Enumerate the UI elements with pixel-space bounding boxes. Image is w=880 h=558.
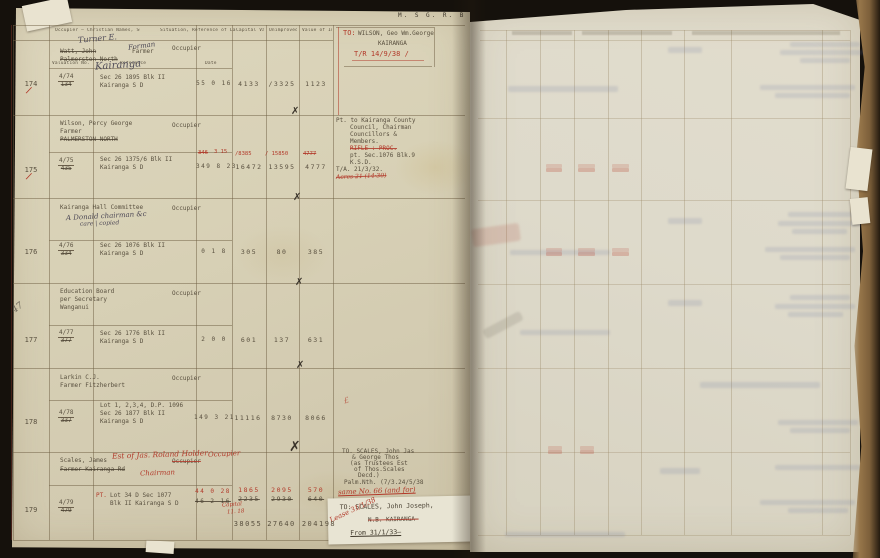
ghost-text bbox=[788, 312, 843, 317]
improvements-value: 631 bbox=[300, 336, 332, 344]
area-value: 349 8 23 bbox=[196, 163, 232, 171]
capital-value: 11116 bbox=[231, 414, 265, 422]
ghost-text bbox=[505, 532, 625, 537]
capital-value: 4133 bbox=[233, 80, 265, 88]
improvements-value: 8066 bbox=[300, 414, 332, 422]
occupation-label: Occupier bbox=[172, 122, 201, 130]
grid-line bbox=[49, 400, 232, 401]
pasted-slip: TO: SCALES, John Joseph, N.B. KAIRANGA— … bbox=[328, 495, 473, 544]
capital-value: 16472 bbox=[233, 163, 265, 171]
handwritten-red-correction: Chairman bbox=[140, 468, 175, 477]
column-header-unimproved: Unimproved Value bbox=[269, 28, 297, 33]
improvements-correction-red: 570 bbox=[300, 486, 332, 494]
occupier-name: Larkin C.J. bbox=[60, 374, 100, 382]
handwritten-note: care | copied bbox=[80, 219, 120, 228]
transfer-note-date: T/R 14/9/38 / bbox=[354, 50, 409, 58]
ghost-red-numbers bbox=[612, 252, 629, 256]
occupation-label: Occupier bbox=[172, 458, 201, 466]
ghost-text bbox=[512, 31, 572, 35]
grid-line-faint bbox=[574, 30, 575, 535]
improvements-value: 4777 bbox=[300, 163, 332, 171]
ghost-text bbox=[660, 468, 700, 474]
area-value: 149 3 21 bbox=[194, 414, 232, 422]
grid-line bbox=[13, 115, 465, 116]
property-description: Kairanga S D bbox=[100, 338, 143, 346]
improvements-value: 1123 bbox=[300, 80, 332, 88]
subheader-date: Date bbox=[205, 61, 229, 66]
column-header-situation: Situation, Reference of Land, Situation … bbox=[160, 28, 236, 33]
occupier-trade: Farmer Fitzherbert bbox=[60, 382, 125, 390]
grid-line bbox=[11, 25, 12, 540]
grid-line bbox=[13, 283, 465, 284]
capital-value: 601 bbox=[233, 336, 265, 344]
area-value: 55 0 16 bbox=[196, 80, 232, 88]
pen-x-mark: ✗ bbox=[289, 439, 301, 455]
ghost-text bbox=[582, 31, 672, 35]
ledger-photo: M. S G. R. B Occupier — Christian Names,… bbox=[0, 0, 880, 558]
ghost-text bbox=[780, 255, 850, 260]
pen-x-mark: ✗ bbox=[295, 277, 303, 288]
ghost-text bbox=[775, 93, 850, 98]
property-description-red: PT. bbox=[96, 492, 107, 500]
roll-number: 4/78 337 bbox=[58, 410, 74, 424]
property-description: Kairanga S D bbox=[100, 82, 143, 90]
grid-line-faint bbox=[540, 30, 541, 535]
occupation-label: Occupier bbox=[172, 375, 201, 383]
ghost-red-numbers bbox=[548, 450, 562, 454]
ghost-text bbox=[668, 47, 702, 53]
roll-number-old: 337 bbox=[61, 418, 72, 425]
occupier-trade: per Secretary bbox=[60, 296, 107, 304]
property-description: Kairanga S D bbox=[100, 250, 143, 258]
grid-line-faint bbox=[641, 30, 642, 535]
total-capital: 38055 bbox=[231, 520, 265, 528]
area-correction-red: 346 bbox=[198, 150, 208, 156]
roll-number-old: 134 bbox=[61, 82, 72, 89]
unimproved-correction-red: 2095 bbox=[266, 486, 298, 494]
row-number: 176 bbox=[18, 248, 44, 256]
property-description: Lot 34 D Sec 1077 bbox=[110, 492, 171, 500]
torn-paper-bottom bbox=[146, 540, 175, 554]
unimproved-correction-red: / 15850 bbox=[265, 151, 288, 157]
ghost-text bbox=[760, 500, 855, 505]
column-header-capital: Capital Value bbox=[236, 28, 264, 33]
grid-line-faint bbox=[478, 200, 850, 201]
handwritten-red-correction: Occupier bbox=[208, 449, 241, 459]
occupier-address: PALMERSTON NORTH bbox=[60, 136, 118, 144]
property-description: Sec 26 1877 Blk II bbox=[100, 410, 165, 418]
pen-x-mark: ✗ bbox=[296, 360, 304, 371]
ghost-text bbox=[668, 300, 702, 306]
ghost-red-numbers bbox=[546, 252, 562, 256]
capital-value: 305 bbox=[233, 248, 265, 256]
note-underline bbox=[344, 66, 432, 67]
grid-line-faint bbox=[608, 30, 609, 535]
occupation-label: Occupier bbox=[172, 290, 201, 298]
ghost-red-numbers bbox=[580, 450, 594, 454]
slip-note: From 31/1/33— bbox=[350, 528, 401, 537]
property-description: Sec 26 1076 Blk II bbox=[100, 242, 165, 250]
grid-line-faint bbox=[480, 40, 850, 41]
grid-line bbox=[13, 40, 333, 41]
property-description: Sec 26 1776 Blk II bbox=[100, 330, 165, 338]
occupation-label: Occupier bbox=[172, 45, 201, 53]
note-border bbox=[336, 27, 434, 28]
grid-line-faint bbox=[822, 30, 823, 535]
grid-line bbox=[49, 485, 232, 486]
improvements-value: 385 bbox=[300, 248, 332, 256]
note-border-red bbox=[338, 27, 339, 115]
grid-line-faint bbox=[850, 30, 851, 535]
ghost-text bbox=[765, 247, 855, 252]
area-value: 2 0 0 bbox=[196, 336, 232, 344]
occupier-trade: Farmer Kairanga Rd bbox=[60, 466, 125, 474]
grid-line-faint bbox=[478, 368, 850, 369]
roll-number-old: 435 bbox=[61, 166, 72, 173]
note-border bbox=[434, 27, 435, 67]
transfer-note: KAIRANGA bbox=[378, 40, 407, 48]
grid-line-faint bbox=[684, 30, 685, 535]
ghost-text bbox=[788, 212, 858, 217]
grid-line-faint bbox=[478, 452, 850, 453]
row-number: 179 bbox=[18, 506, 44, 514]
handwritten-red-note: 11. 18 bbox=[227, 508, 245, 515]
property-description: Kairanga S D bbox=[100, 164, 143, 172]
column-header-occupier: Occupier — Christian Names, Surname, Tra… bbox=[55, 28, 140, 33]
ghost-text bbox=[775, 465, 860, 470]
grid-line bbox=[13, 368, 465, 369]
ghost-text bbox=[790, 295, 850, 300]
occupier-name: Scales, James bbox=[60, 457, 107, 465]
unimproved-value: 2930 bbox=[266, 495, 298, 503]
ghost-text bbox=[508, 86, 618, 92]
roll-number: 4/75 435 bbox=[58, 158, 74, 172]
slip-note: N.B. KAIRANGA— bbox=[368, 516, 419, 525]
property-description: Sec 26 1375/6 Blk II bbox=[100, 156, 172, 164]
ghost-red-numbers bbox=[578, 252, 595, 256]
roll-number-old: 479 bbox=[61, 508, 72, 515]
grid-line-faint bbox=[506, 30, 507, 535]
occupation-label: Occupier bbox=[172, 205, 201, 213]
capital-correction-red: 1865 bbox=[233, 486, 265, 494]
torn-paper-bit bbox=[850, 197, 871, 225]
ghost-text bbox=[780, 50, 865, 55]
total-improvements: 204198 bbox=[298, 520, 340, 528]
occupier-name: Education Board bbox=[60, 288, 114, 296]
roll-number: 4/74 134 bbox=[58, 74, 74, 88]
grid-line bbox=[13, 198, 465, 199]
property-description: Lot 1, 2,3,4, D.P. 1096 bbox=[100, 402, 183, 410]
ghost-text bbox=[790, 428, 850, 433]
row-number: 178 bbox=[18, 418, 44, 426]
grid-line-faint bbox=[478, 284, 850, 285]
ghost-text bbox=[760, 85, 855, 90]
area-correction-red: 3 15 bbox=[214, 149, 227, 155]
ghost-red-numbers bbox=[546, 168, 562, 172]
property-description: Blk II Kairanga S D bbox=[110, 500, 179, 508]
roll-number: 4/77 377 bbox=[58, 330, 74, 344]
occupier-name: Watt, John bbox=[60, 48, 96, 56]
ghost-text bbox=[800, 58, 850, 63]
book-gutter-shadow bbox=[452, 0, 486, 558]
roll-number: 4/76 334 bbox=[58, 243, 74, 257]
ghost-red-numbers bbox=[578, 168, 595, 172]
ghost-text bbox=[700, 382, 820, 388]
ghost-text bbox=[668, 218, 702, 224]
ghost-text bbox=[792, 229, 847, 234]
area-correction-red: 44 0 28 bbox=[194, 488, 232, 496]
roll-number-old: 377 bbox=[61, 338, 72, 345]
column-header-improvements: Value of Improvements bbox=[302, 28, 332, 33]
total-unimproved: 27640 bbox=[265, 520, 298, 528]
occupier-address: Wanganui bbox=[60, 304, 89, 312]
area-value: 0 1 8 bbox=[196, 248, 232, 256]
pen-x-mark: ✗ bbox=[293, 192, 301, 203]
ghost-text bbox=[520, 330, 610, 335]
ghost-red-numbers bbox=[612, 168, 629, 172]
ghost-text bbox=[692, 31, 840, 35]
unimproved-value: /3325 bbox=[266, 80, 298, 88]
transfer-note: WILSON, Geo Wm.George bbox=[358, 30, 434, 38]
occupier-trade: Farmer bbox=[132, 48, 154, 56]
property-description: Sec 26 1895 Blk II bbox=[100, 74, 165, 82]
unimproved-value: 80 bbox=[266, 248, 298, 256]
unimproved-value: 8730 bbox=[266, 414, 298, 422]
ghost-text bbox=[778, 420, 858, 425]
occupier-name: Wilson, Percy George bbox=[60, 120, 132, 128]
property-description: Kairanga S D bbox=[100, 418, 143, 426]
grid-line-faint bbox=[478, 118, 850, 119]
pen-x-mark: ✗ bbox=[291, 106, 299, 117]
note-underline-red bbox=[352, 60, 424, 61]
grid-line bbox=[49, 325, 232, 326]
roll-number: 4/79 479 bbox=[58, 500, 74, 514]
transfer-note-to: TO: bbox=[343, 29, 356, 37]
ghost-text bbox=[778, 221, 863, 226]
grid-line-faint bbox=[731, 30, 732, 535]
capital-correction-red: /8385 bbox=[235, 151, 252, 157]
unimproved-value: 137 bbox=[266, 336, 298, 344]
ghost-text bbox=[788, 508, 848, 513]
improvements-correction-red: 4777 bbox=[303, 151, 316, 157]
unimproved-value: 13595 bbox=[266, 163, 298, 171]
grid-line bbox=[13, 25, 465, 26]
row-number: 177 bbox=[18, 336, 44, 344]
grid-line bbox=[49, 240, 232, 241]
ghost-text bbox=[775, 304, 855, 309]
ghost-text bbox=[790, 42, 860, 47]
occupier-trade: Farmer bbox=[60, 128, 82, 136]
roll-number-old: 334 bbox=[61, 251, 72, 258]
